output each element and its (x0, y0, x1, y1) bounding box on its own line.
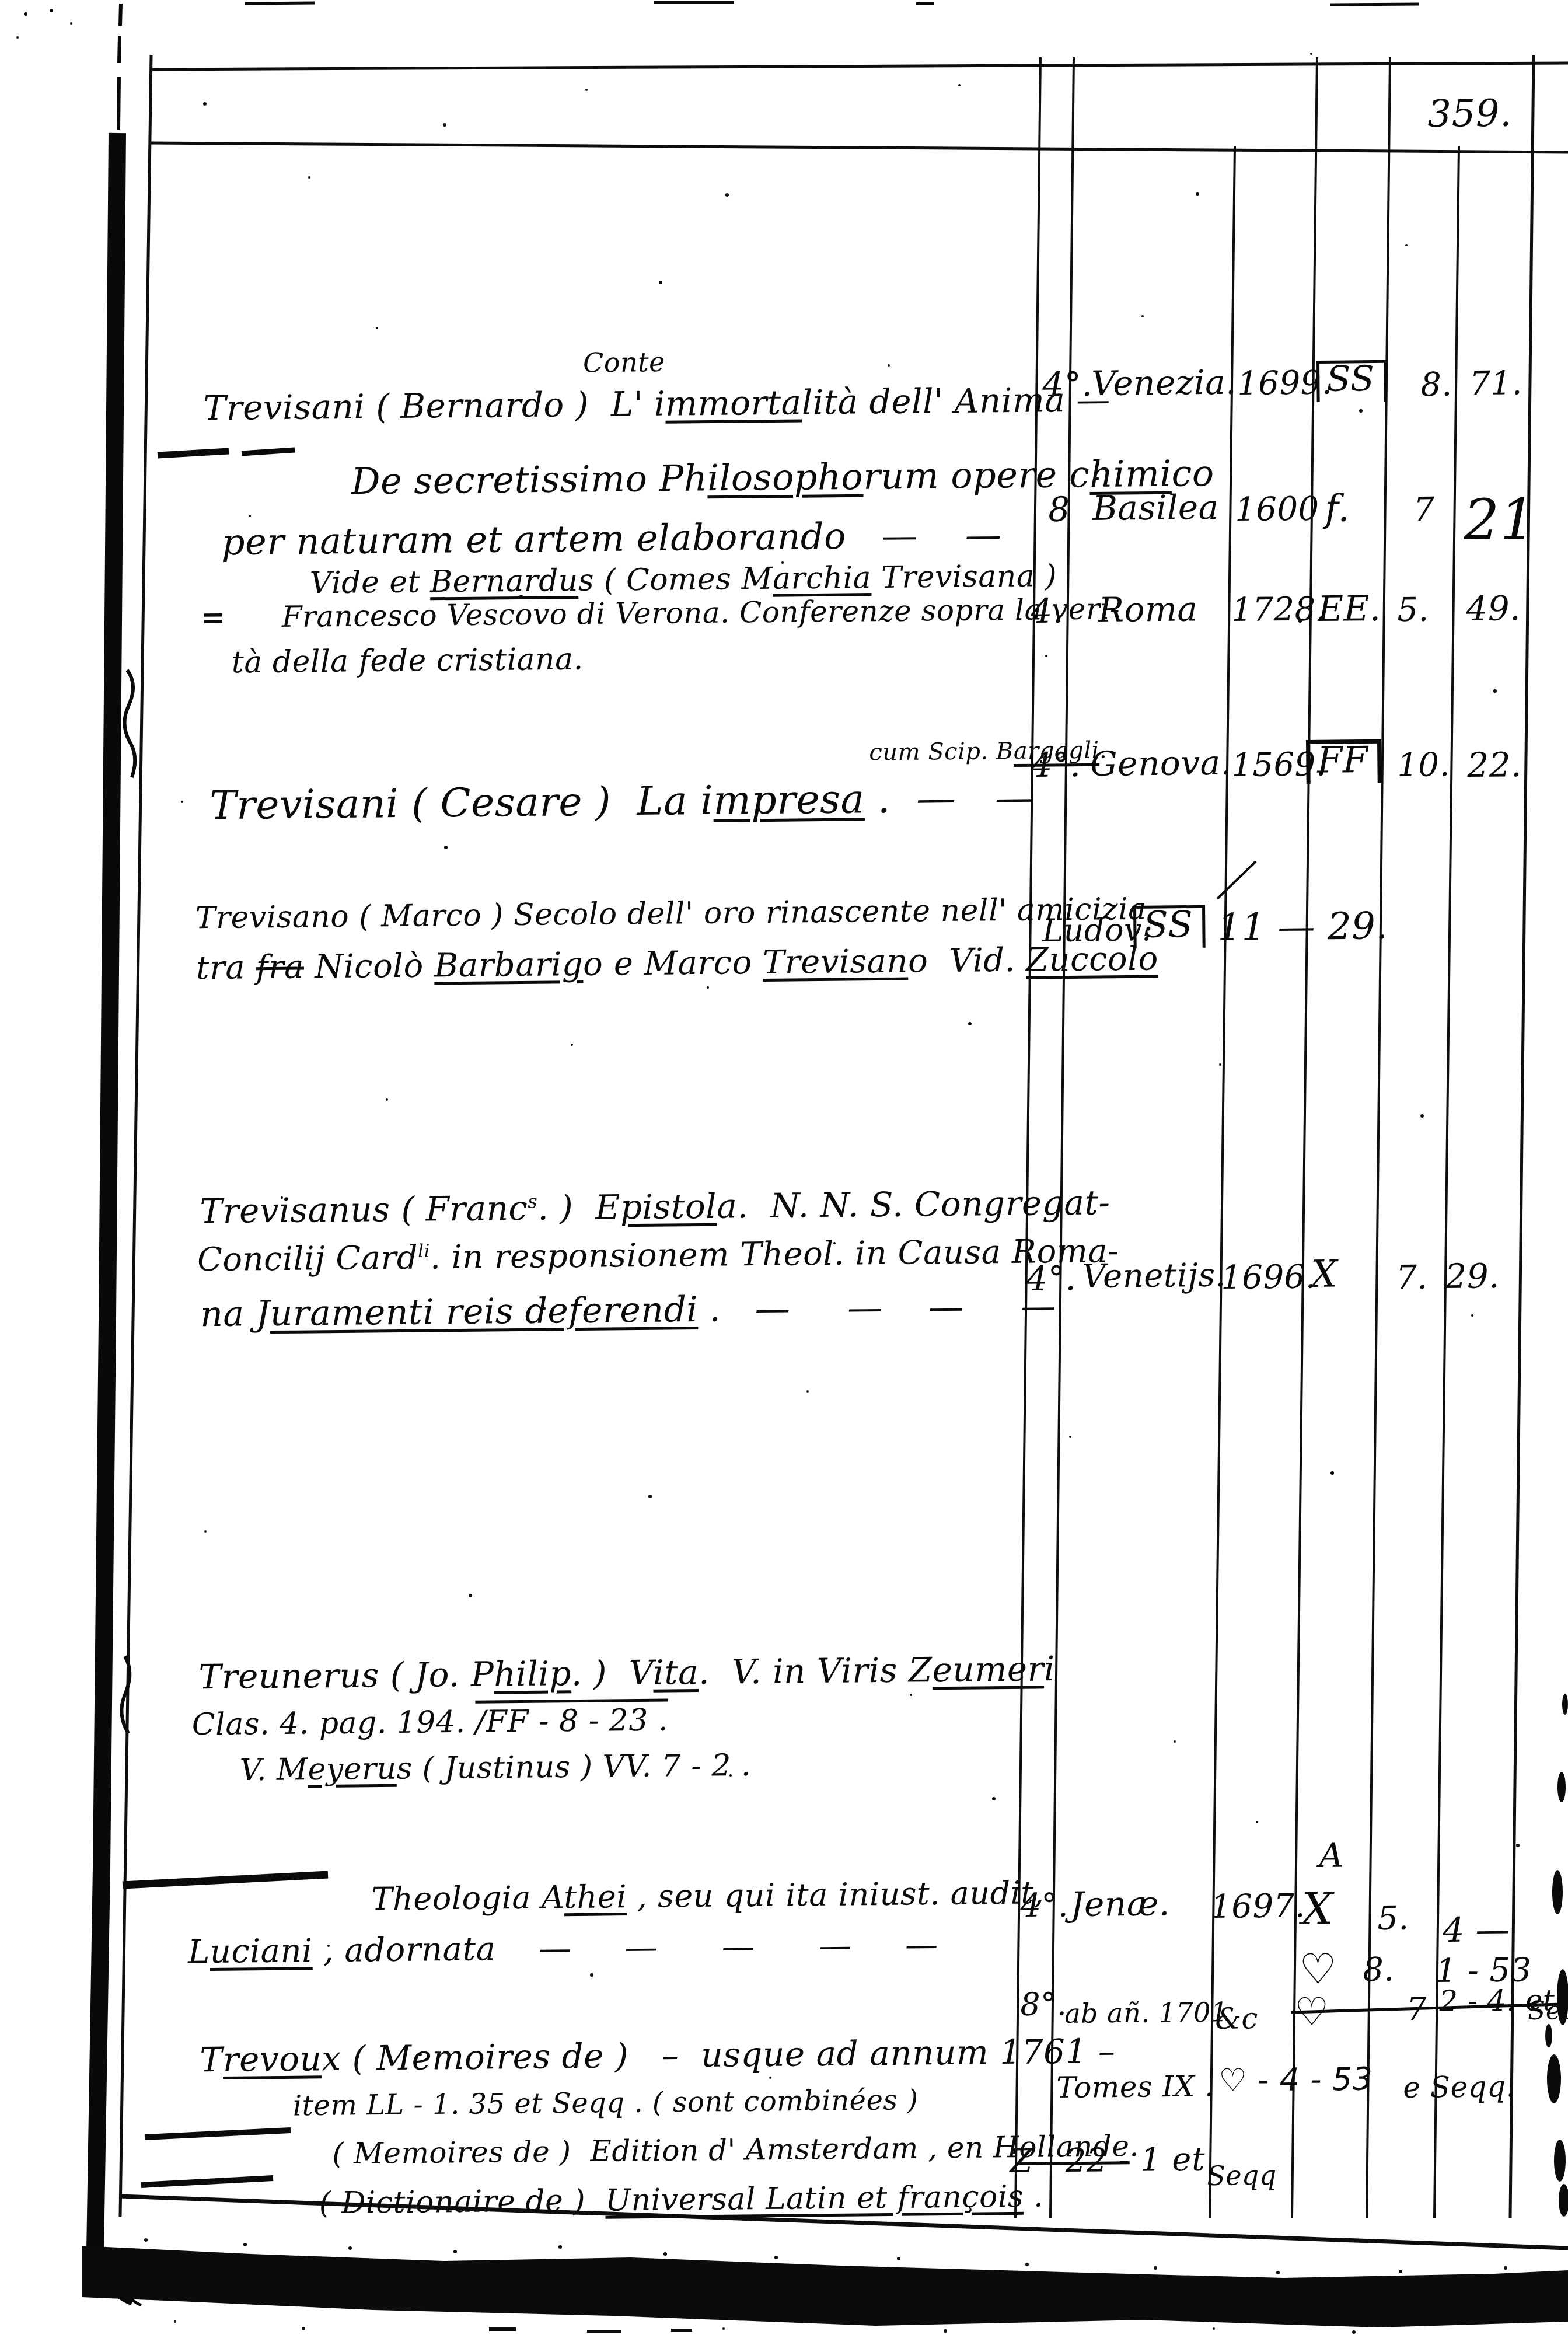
row-8-year: &c (1215, 2002, 1258, 2035)
row-6-format: 4°. (1020, 1888, 1069, 1924)
underlined-segment: eyeru (308, 1751, 396, 1787)
row-6-shelfmark-top: A (1319, 1837, 1344, 1874)
entry-5-line-3: V. Meyerus ( Justinus ) VV. 7 - 2 . (200, 1716, 752, 1820)
row-2-place: Roma (1098, 591, 1198, 628)
row-5-place: Venetijs. (1082, 1258, 1226, 1295)
row-1-place: Basilea (1092, 489, 1219, 527)
row-9-tomes: Tomes IX . (1056, 2070, 1214, 2103)
row-1-number-1: 7 (1413, 493, 1435, 528)
gutter-bar (88, 4, 141, 2305)
row-5-format: 4°. (1026, 1260, 1076, 1297)
row-7-heart-shelfmark: ♡ (1299, 1946, 1337, 1992)
right-edge-blotches (1545, 1694, 1568, 2217)
text-segment: Trevisani ( Cesare ) La i (209, 778, 714, 829)
text-segment: . — — — — (698, 1286, 1057, 1330)
page-number: 359. (1427, 94, 1512, 135)
top-edge-artifacts (245, 2, 1419, 5)
row-5-number-2: 29. (1445, 1258, 1500, 1295)
text-segment: , adornata — — — — — (312, 1926, 938, 1970)
row-9-shelfmark-group: ♡ - 4 - 53 (1218, 2062, 1373, 2098)
row-5-year: 1696. (1221, 1259, 1316, 1296)
manuscript-page: 359. Conte Trevisani ( Bernardo ) L' imm… (0, 0, 1568, 2338)
entry-7-line-4: ( Dictionaire de ) Universal Latin et fr… (279, 2147, 1044, 2253)
row-0-number-2: 71. (1469, 366, 1522, 402)
entry-3-line-2: tra fra Nicolò Barbarigo e Marco Trevisa… (153, 906, 1159, 1022)
row-2-number-1: 5. (1397, 592, 1429, 628)
row-4-shelfmark: SS (1133, 905, 1206, 948)
row-9-seqq: e Seqq. (1403, 2071, 1515, 2103)
row-0-number-1: 8. (1420, 367, 1452, 403)
row-8-number-1: 7 (1406, 1992, 1427, 2027)
row-0-shelfmark: SS (1316, 360, 1387, 402)
text-segment: tra (196, 949, 256, 987)
text-segment: tà della fede cristiana. (232, 642, 584, 681)
text-segment: i (1043, 1649, 1055, 1688)
row-3-number-1: 10. (1397, 748, 1450, 783)
text-segment: s ( Justinus ) VV. 7 - 2 . (396, 1748, 751, 1786)
text-segment: . V. in Viris Z (699, 1650, 933, 1692)
text-segment: o e Marco (583, 944, 763, 983)
row-2-number-2: 49. (1466, 590, 1521, 627)
entry-1-line-6: tà della fede cristiana. (191, 610, 584, 713)
row-6-number-2: 4 — (1443, 1911, 1510, 1949)
row-1-shelfmark: f. (1325, 489, 1350, 530)
underlined-segment: Universal Latin et françois (605, 2179, 1024, 2218)
row-10-seqq: Seqq (1207, 2161, 1277, 2191)
text-segment: . (1024, 2179, 1044, 2214)
row-6-number-1: 5. (1377, 1901, 1409, 1936)
underlined-segment: eumer (932, 1649, 1044, 1690)
text-segment: L (188, 1933, 210, 1971)
row-2-shelfmark: EE. (1318, 590, 1381, 629)
entry-6-line-2: Luciani , adornata — — — — — (145, 1893, 939, 2006)
underlined-segment: Trevisan (763, 943, 909, 982)
underlined-segment: uramenti reis deferendi (270, 1289, 698, 1334)
boxed-shelfmark: SS (1316, 360, 1387, 402)
text-segment: . — — (864, 775, 1035, 823)
row-0-place: Venezia. (1091, 364, 1237, 402)
row-0-format: 4°. (1042, 366, 1092, 403)
row-7-number-1: 8. (1363, 1952, 1395, 1988)
row-6-shelfmark: X (1301, 1885, 1333, 1933)
row-2-year: 1728. (1231, 592, 1326, 628)
entry-2-line-1: Trevisani ( Cesare ) La impresa . — — (158, 734, 1035, 871)
underlined-segment: mmorta (665, 382, 802, 423)
text-segment: o Vid. (908, 941, 1026, 980)
row-3-shelfmark: FF (1306, 739, 1382, 784)
row-10-shelfmark-group: Z - 22 - 1 et (1010, 2142, 1205, 2180)
text-segment: ( Dictionaire de ) (319, 2183, 606, 2221)
entry-4-line-3: na Juramenti reis deferendi . — — — — (154, 1250, 1057, 1372)
row-1-format: 8 (1048, 491, 1070, 528)
underlined-segment: Barbarig (434, 945, 584, 985)
row-5-shelfmark: X (1311, 1255, 1338, 1296)
boxed-shelfmark: SS (1133, 905, 1206, 948)
row-3-number-2: 22. (1467, 746, 1522, 784)
boxed-shelfmark: FF (1306, 739, 1382, 784)
row-8-place: ab añ. 1701 (1064, 1998, 1228, 2028)
text-segment: na J (200, 1293, 270, 1335)
underlined-segment: mpresa (713, 777, 865, 824)
row-4-pages: 11 — 29. (1217, 906, 1388, 948)
row-6-year: 1697. (1210, 1889, 1305, 1925)
text-segment: Nicolò (304, 947, 435, 986)
text-segment: T (200, 2040, 223, 2079)
row-3-place: Genova. (1090, 745, 1232, 783)
row-8-seqq: Seqq (1528, 1997, 1568, 2025)
struck-segment: fra (256, 948, 304, 987)
row-1-number-2: 21 (1464, 490, 1536, 551)
row-1-year: 1600 (1235, 492, 1319, 528)
row-6-place: Jenæ. (1070, 1885, 1170, 1922)
row-8-heart-shelfmark: ♡ (1294, 1991, 1329, 2033)
text-segment: V. M (240, 1752, 308, 1788)
row-2-format: 4. (1031, 592, 1064, 629)
underlined-segment: uciani (209, 1932, 312, 1971)
row-5-number-1: 7. (1396, 1260, 1428, 1296)
row-8-format: 8°. (1020, 1987, 1067, 2022)
row-3-format: 4°. (1031, 746, 1081, 783)
